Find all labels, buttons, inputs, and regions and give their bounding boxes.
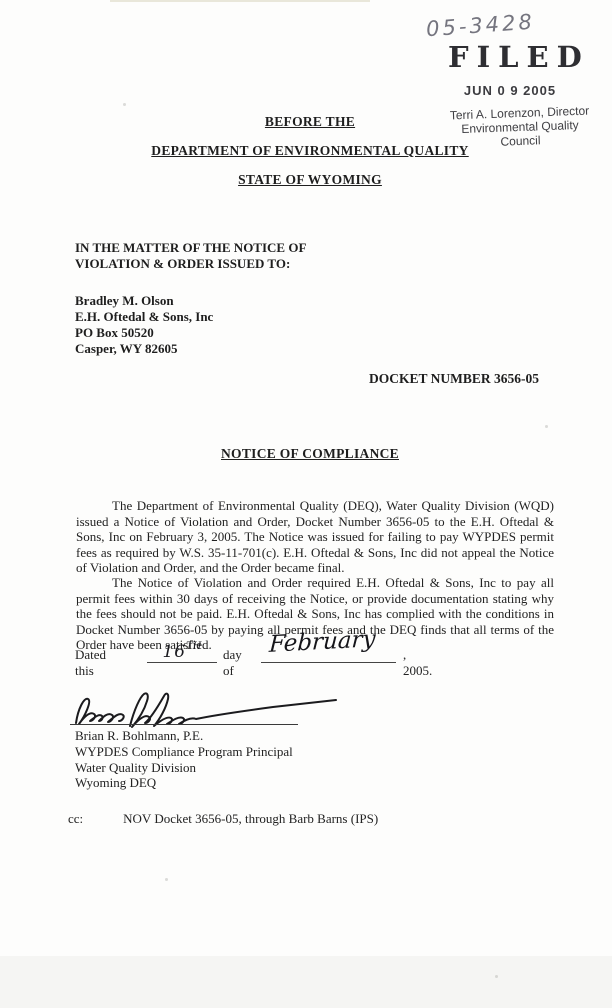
recipient-po-box: PO Box 50520	[75, 325, 213, 341]
scan-artifact-top-edge	[110, 0, 370, 2]
matter-caption: IN THE MATTER OF THE NOTICE OF VIOLATION…	[75, 240, 306, 272]
signature-line	[70, 724, 298, 725]
signer-block: Brian R. Bohlmann, P.E. WYPDES Complianc…	[75, 728, 293, 791]
signer-name: Brian R. Bohlmann, P.E.	[75, 728, 293, 744]
signer-agency: Wyoming DEQ	[75, 775, 293, 791]
recipient-address: Bradley M. Olson E.H. Oftedal & Sons, In…	[75, 293, 213, 357]
handwritten-day-suffix: TH	[186, 641, 201, 652]
body-paragraph-1: The Department of Environmental Quality …	[76, 498, 554, 576]
filed-date-stamp: JUN 0 9 2005	[455, 83, 565, 98]
recipient-name: Bradley M. Olson	[75, 293, 213, 309]
month-blank-line: February	[261, 641, 396, 663]
cc-label: cc:	[68, 811, 83, 826]
matter-line-2: VIOLATION & ORDER ISSUED TO:	[75, 256, 306, 272]
heading-state: STATE OF WYOMING	[8, 172, 612, 188]
scan-speckle	[123, 103, 126, 106]
recipient-city: Casper, WY 82605	[75, 341, 213, 357]
dated-prefix: Dated this	[75, 647, 106, 679]
heading-before-the: BEFORE THE	[8, 114, 612, 130]
heading-department: DEPARTMENT OF ENVIRONMENTAL QUALITY	[8, 143, 612, 159]
recipient-company: E.H. Oftedal & Sons, Inc	[75, 309, 213, 325]
cc-text: NOV Docket 3656-05, through Barb Barns (…	[123, 811, 378, 826]
scan-speckle	[495, 975, 498, 978]
handwritten-day: 16TH	[162, 642, 201, 662]
matter-line-1: IN THE MATTER OF THE NOTICE OF	[75, 240, 306, 256]
docket-number: DOCKET NUMBER 3656-05	[369, 371, 539, 387]
signer-title: WYPDES Compliance Program Principal	[75, 744, 293, 760]
day-blank-line: 16TH	[147, 641, 217, 663]
filed-stamp: FILED	[448, 40, 568, 74]
handwritten-case-number: 05-3428	[425, 7, 576, 41]
dated-year: , 2005.	[403, 647, 432, 679]
cc-line: cc:NOV Docket 3656-05, through Barb Barn…	[68, 811, 378, 827]
scan-speckle	[165, 878, 168, 881]
scan-speckle	[545, 425, 548, 428]
scan-artifact-bottom-band	[0, 956, 612, 1008]
signer-division: Water Quality Division	[75, 760, 293, 776]
notice-title: NOTICE OF COMPLIANCE	[8, 446, 612, 462]
dated-middle: day of	[223, 647, 242, 679]
handwritten-month: February	[268, 626, 376, 658]
